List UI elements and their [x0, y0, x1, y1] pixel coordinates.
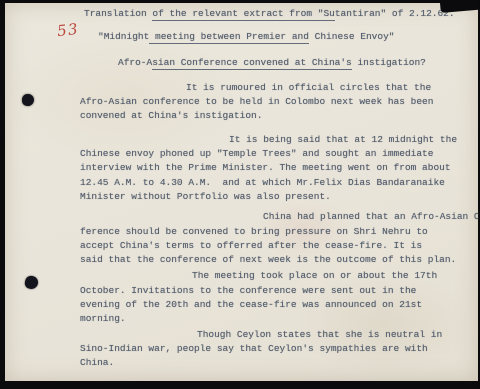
document-line: accept China's terms to offerred after t…	[80, 239, 472, 253]
document-line: ference should be convened to bring pres…	[80, 225, 472, 239]
document-line: It is rumoured in official circles that …	[80, 81, 472, 95]
document-line: China.	[80, 356, 472, 370]
document-line: Minister without Portfolio was also pres…	[80, 190, 472, 204]
paragraph-5: Though Ceylon states that she is neutral…	[80, 328, 472, 371]
underlined-segment: meeting between Premier and	[149, 31, 309, 44]
document-line: Afro-Asian conference to be held in Colo…	[80, 95, 472, 109]
document-line: Sino-Indian war, people say that Ceylon'…	[80, 342, 472, 356]
punch-hole-bottom	[24, 275, 40, 291]
handwritten-page-number: 53	[56, 20, 80, 41]
document-line: 12.45 A.M. to 4.30 A.M. and at which Mr.…	[80, 176, 472, 190]
underlined-segment: of the relevant extract from "Su	[152, 8, 334, 21]
document-line: Though Ceylon states that she is neutral…	[80, 328, 472, 342]
document-body: Translation of the relevant extract from…	[80, 7, 472, 371]
punch-hole-top	[22, 94, 34, 106]
underlined-segment: sian Conference convened at China's	[152, 57, 352, 70]
paragraph-1: It is rumoured in official circles that …	[80, 81, 472, 124]
document-line: October. Invitations to the conference w…	[80, 284, 472, 298]
section-heading: Afro-Asian Conference convened at China'…	[118, 56, 472, 70]
text-segment: "Midnight	[98, 31, 149, 42]
paragraph-3: China had planned that an Afro-Asian Con…	[80, 210, 472, 267]
document-line: Translation of the relevant extract from…	[84, 7, 472, 21]
text-segment: Chinese Envoy"	[309, 31, 395, 42]
document-line: China had planned that an Afro-Asian Con…	[80, 210, 472, 224]
scanned-document-page: 53 Translation of the relevant extract f…	[0, 0, 480, 389]
paragraph-2: It is being said that at 12 midnight the…	[80, 133, 472, 204]
document-line: The meeting took place on or about the 1…	[80, 269, 472, 283]
document-line: interview with the Prime Minister. The m…	[80, 161, 472, 175]
document-line: "Midnight meeting between Premier and Ch…	[98, 30, 472, 44]
text-segment: tantiran" of 2.12.62.	[335, 8, 455, 19]
document-line: Chinese envoy phoned up "Temple Trees" a…	[80, 147, 472, 161]
document-line: convened at China's instigation.	[80, 109, 472, 123]
document-line: evening of the 20th and the cease-fire w…	[80, 298, 472, 312]
text-segment: Translation	[84, 8, 152, 19]
document-line: morning.	[80, 312, 472, 326]
document-line: Afro-Asian Conference convened at China'…	[118, 56, 472, 70]
document-line: said that the conference of next week is…	[80, 253, 472, 267]
text-segment: instigation?	[352, 57, 426, 68]
subtitle-line: "Midnight meeting between Premier and Ch…	[98, 30, 472, 44]
title-line: Translation of the relevant extract from…	[84, 7, 472, 21]
text-segment: Afro-A	[118, 57, 152, 68]
paper: 53 Translation of the relevant extract f…	[5, 3, 478, 381]
document-line: It is being said that at 12 midnight the	[80, 133, 472, 147]
paragraph-4: The meeting took place on or about the 1…	[80, 269, 472, 326]
